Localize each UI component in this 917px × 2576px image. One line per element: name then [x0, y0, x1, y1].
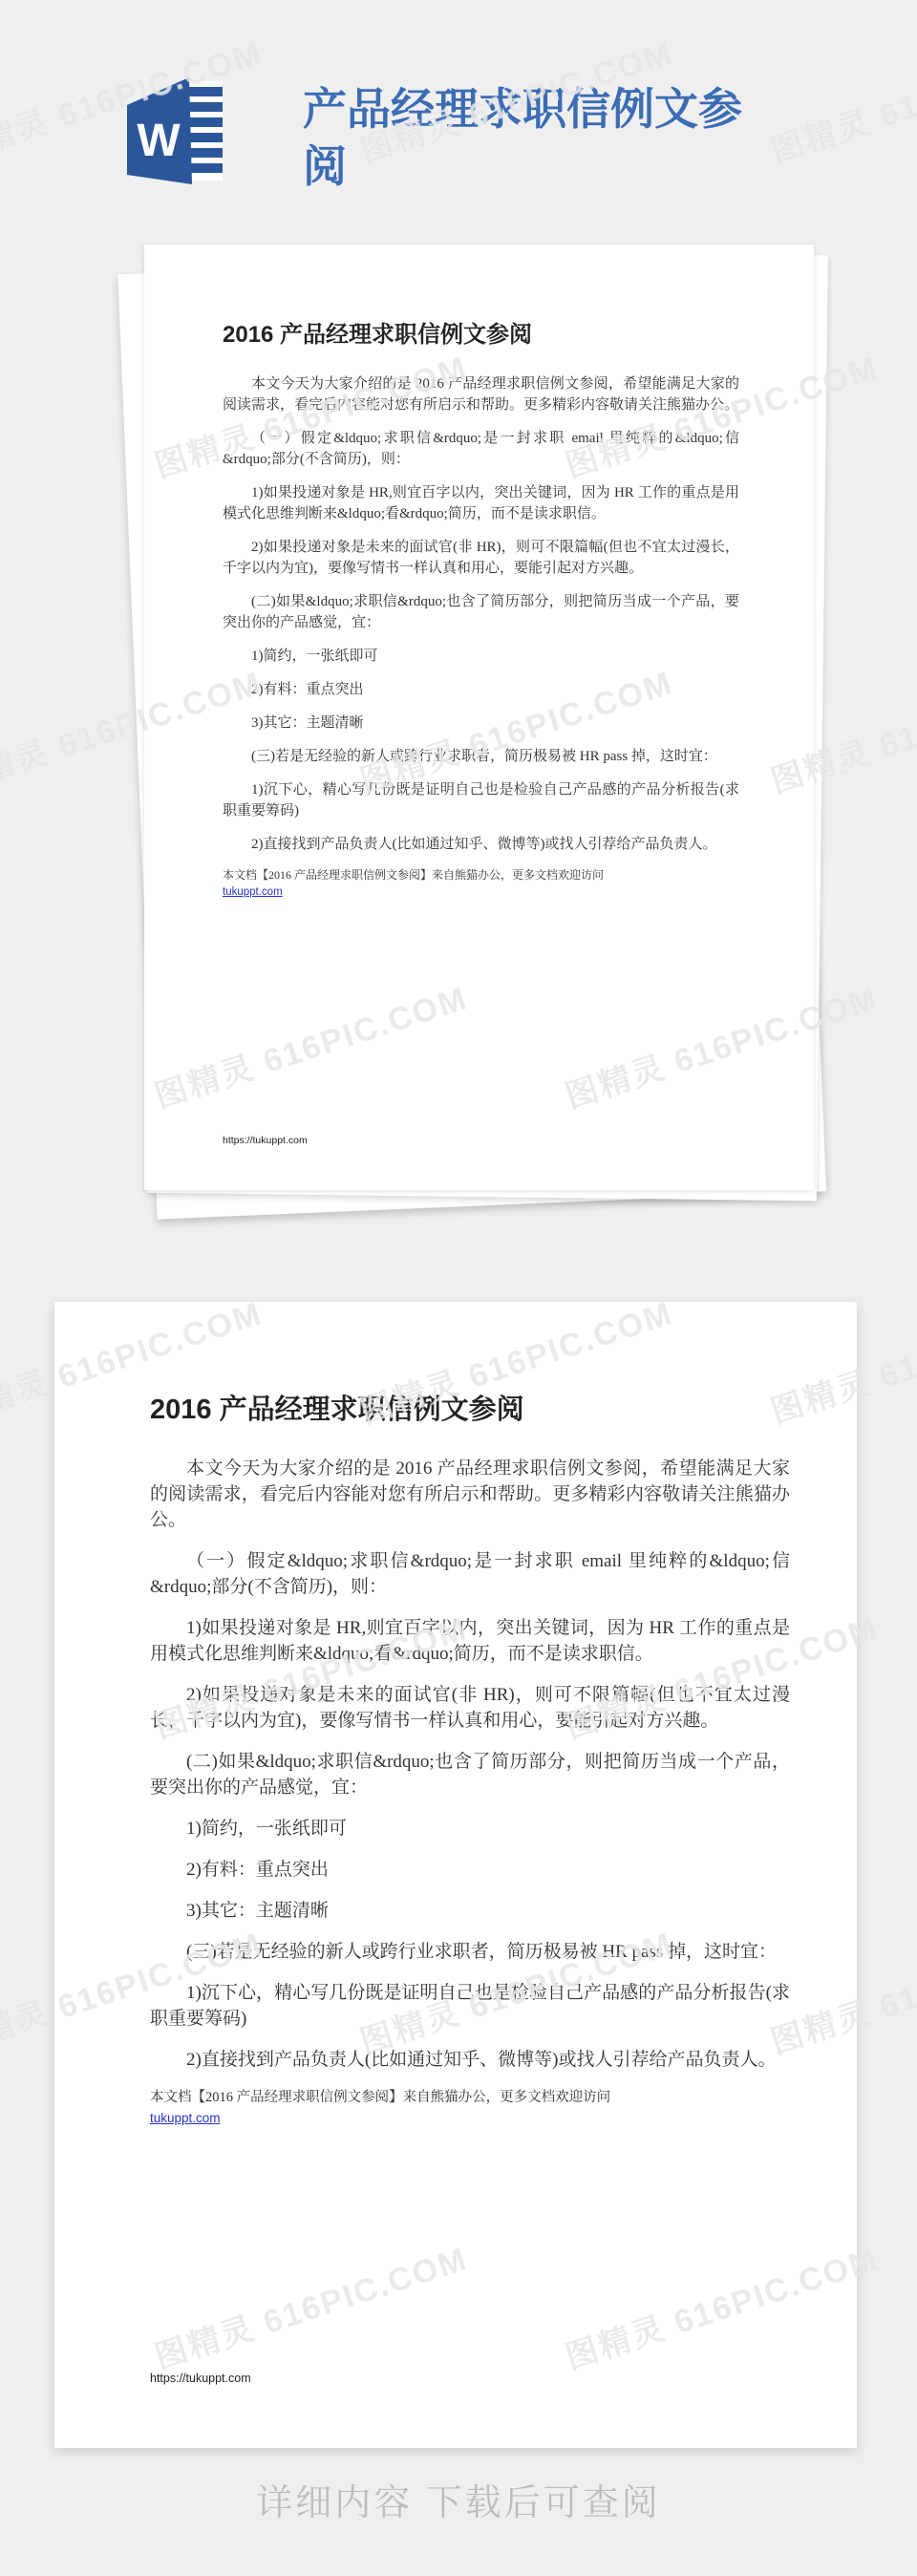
watermark: 图精灵 616PIC.COM	[767, 36, 917, 168]
paragraph: 2)如果投递对象是未来的面试官(非 HR)，则可不限篇幅(但也不宜太过漫长，千字…	[150, 1682, 790, 1734]
paragraph: （一）假定&ldquo;求职信&rdquo;是一封求职 email 里纯粹的&l…	[223, 428, 739, 470]
paragraph: 3)其它：主题清晰	[223, 713, 739, 734]
paragraph: 1)简约，一张纸即可	[223, 646, 739, 667]
paragraph: 2)有料：重点突出	[223, 679, 739, 700]
paragraph: 2)有料：重点突出	[150, 1857, 790, 1883]
paragraph: 2)直接找到产品负责人(比如通过知乎、微博等)或找人引荐给产品负责人。	[223, 834, 739, 855]
paragraph: 2)如果投递对象是未来的面试官(非 HR)，则可不限篇幅(但也不宜太过漫长，千字…	[223, 537, 739, 579]
paragraph: 1)沉下心，精心写几份既是证明自己也是检验自己产品感的产品分析报告(求职重要筹码…	[150, 1980, 790, 2032]
document-title: 2016 产品经理求职信例文参阅	[223, 321, 739, 350]
page-url: https://tukuppt.com	[223, 1134, 308, 1147]
document-title: 2016 产品经理求职信例文参阅	[150, 1393, 790, 1427]
paragraph: 1)沉下心，精心写几份既是证明自己也是检验自己产品感的产品分析报告(求职重要筹码…	[223, 779, 739, 821]
document-page-small: 2016 产品经理求职信例文参阅 本文今天为大家介绍的是 2016 产品经理求职…	[144, 245, 814, 1190]
document-footer-note: 本文档【2016 产品经理求职信例文参阅】来自熊猫办公，更多文档欢迎访问	[150, 2090, 610, 2105]
paragraph: 1)简约，一张纸即可	[150, 1816, 790, 1842]
paragraph: 本文今天为大家介绍的是 2016 产品经理求职信例文参阅，希望能满足大家的阅读需…	[223, 373, 739, 415]
page-title: 产品经理求职信例文参阅	[303, 80, 780, 195]
paragraph: 本文今天为大家介绍的是 2016 产品经理求职信例文参阅，希望能满足大家的阅读需…	[150, 1456, 790, 1533]
word-icon-letter: W	[137, 116, 181, 166]
document-preview-small: 2016 产品经理求职信例文参阅 本文今天为大家介绍的是 2016 产品经理求职…	[144, 245, 814, 1190]
document-footer: 本文档【2016 产品经理求职信例文参阅】来自熊猫办公，更多文档欢迎访问 tuk…	[223, 867, 739, 901]
paragraph: 3)其它：主题清晰	[150, 1898, 790, 1924]
paragraph: (二)如果&ldquo;求职信&rdquo;也含了简历部分，则把简历当成一个产品…	[150, 1749, 790, 1800]
document-footer-note: 本文档【2016 产品经理求职信例文参阅】来自熊猫办公，更多文档欢迎访问	[223, 868, 604, 882]
preview-canvas: 图精灵 616PIC.COM 图精灵 616PIC.COM 图精灵 616PIC…	[0, 0, 917, 2576]
paragraph: (二)如果&ldquo;求职信&rdquo;也含了简历部分，则把简历当成一个产品…	[223, 591, 739, 633]
paragraph: 1)如果投递对象是 HR,则宜百字以内，突出关键词，因为 HR 工作的重点是用模…	[223, 482, 739, 524]
paragraph: (三)若是无经验的新人或跨行业求职者，简历极易被 HR pass 掉，这时宜：	[150, 1939, 790, 1965]
paragraph: (三)若是无经验的新人或跨行业求职者，简历极易被 HR pass 掉，这时宜：	[223, 746, 739, 767]
document-footer: 本文档【2016 产品经理求职信例文参阅】来自熊猫办公，更多文档欢迎访问 tuk…	[150, 2088, 790, 2129]
paragraph: 1)如果投递对象是 HR,则宜百字以内，突出关键词，因为 HR 工作的重点是用模…	[150, 1615, 790, 1667]
paragraph: 2)直接找到产品负责人(比如通过知乎、微博等)或找人引荐给产品负责人。	[150, 2047, 790, 2073]
tukuppt-link[interactable]: tukuppt.com	[223, 886, 283, 898]
word-icon: W	[127, 77, 223, 186]
paragraph: （一）假定&ldquo;求职信&rdquo;是一封求职 email 里纯粹的&l…	[150, 1548, 790, 1600]
tukuppt-link[interactable]: tukuppt.com	[150, 2111, 221, 2125]
page-url: https://tukuppt.com	[150, 2371, 251, 2386]
bottom-caption: 详细内容 下载后可查阅	[0, 2480, 917, 2527]
document-preview-large: 2016 产品经理求职信例文参阅 本文今天为大家介绍的是 2016 产品经理求职…	[54, 1302, 857, 2448]
